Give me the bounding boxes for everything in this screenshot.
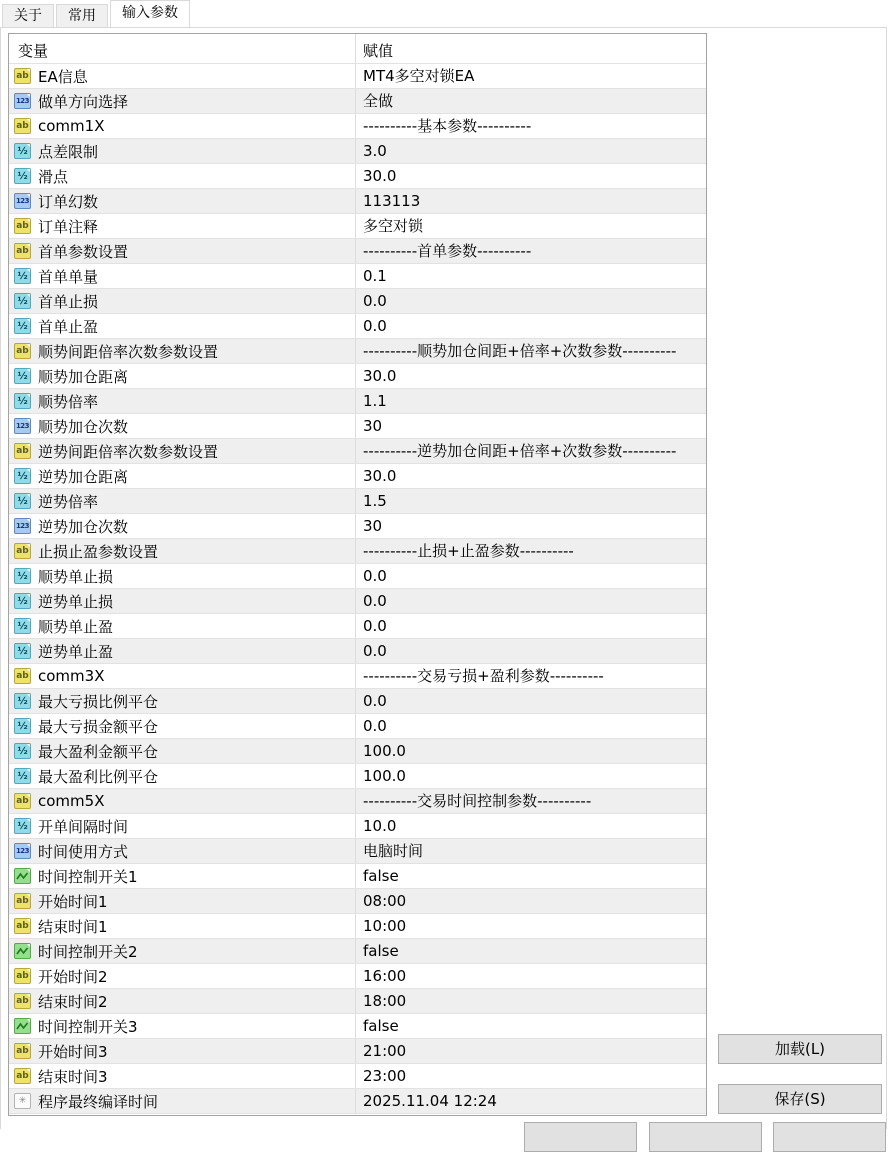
param-value[interactable]: 0.0 xyxy=(356,289,706,313)
param-name-cell: 123逆势加仓次数 xyxy=(9,514,356,538)
tab-input-parameters[interactable]: 输入参数 xyxy=(110,0,190,27)
param-name-cell: ½滑点 xyxy=(9,164,356,188)
param-name: comm1X xyxy=(38,117,104,135)
string-icon: ab xyxy=(14,1068,31,1084)
param-value[interactable]: 10:00 xyxy=(356,914,706,938)
param-value[interactable]: 08:00 xyxy=(356,889,706,913)
param-name: 首单止损 xyxy=(38,291,98,312)
string-icon: ab xyxy=(14,68,31,84)
param-name-cell: abEA信息 xyxy=(9,64,356,88)
param-row[interactable]: abEA信息MT4多空对锁EA xyxy=(9,64,706,89)
param-rows: abEA信息MT4多空对锁EA123做单方向选择全做abcomm1X------… xyxy=(9,64,706,1114)
double-icon: ½ xyxy=(14,293,31,309)
param-row[interactable]: 123做单方向选择全做 xyxy=(9,89,706,114)
param-row[interactable]: ½逆势单止损0.0 xyxy=(9,589,706,614)
param-name-cell: ½顺势单止盈 xyxy=(9,614,356,638)
double-icon: ½ xyxy=(14,368,31,384)
double-icon: ½ xyxy=(14,743,31,759)
param-name: 顺势间距倍率次数参数设置 xyxy=(38,341,218,362)
param-name: 顺势加仓次数 xyxy=(38,416,128,437)
double-icon: ½ xyxy=(14,493,31,509)
param-name: 订单幻数 xyxy=(38,191,98,212)
param-name: 最大盈利比例平仓 xyxy=(38,766,158,787)
param-name-cell: 123做单方向选择 xyxy=(9,89,356,113)
param-name: 程序最终编译时间 xyxy=(38,1091,158,1112)
param-name-cell: 时间控制开关1 xyxy=(9,864,356,888)
param-name: 首单止盈 xyxy=(38,316,98,337)
param-name: 结束时间1 xyxy=(38,916,108,937)
param-name-cell: ab开始时间1 xyxy=(9,889,356,913)
param-value[interactable]: 30 xyxy=(356,414,706,438)
double-icon: ½ xyxy=(14,393,31,409)
double-icon: ½ xyxy=(14,618,31,634)
integer-icon: 123 xyxy=(14,93,31,109)
param-name-cell: 123时间使用方式 xyxy=(9,839,356,863)
param-name-cell: ab开始时间3 xyxy=(9,1039,356,1063)
param-value[interactable]: 18:00 xyxy=(356,989,706,1013)
param-row[interactable]: ½逆势倍率1.5 xyxy=(9,489,706,514)
param-name: 开单间隔时间 xyxy=(38,816,128,837)
integer-icon: 123 xyxy=(14,193,31,209)
param-name: 最大亏损比例平仓 xyxy=(38,691,158,712)
tab-common[interactable]: 常用 xyxy=(56,4,108,27)
param-row[interactable]: ½顺势单止盈0.0 xyxy=(9,614,706,639)
double-icon: ½ xyxy=(14,718,31,734)
param-name-cell: ½最大亏损金额平仓 xyxy=(9,714,356,738)
param-value[interactable]: 0.0 xyxy=(356,639,706,663)
double-icon: ½ xyxy=(14,568,31,584)
boolean-icon xyxy=(14,1018,31,1034)
param-name-cell: ab结束时间2 xyxy=(9,989,356,1013)
param-row[interactable]: ab开始时间108:00 xyxy=(9,889,706,914)
param-name-cell: ½最大亏损比例平仓 xyxy=(9,689,356,713)
param-value[interactable]: 30.0 xyxy=(356,164,706,188)
param-row[interactable]: abcomm3X----------交易亏损+盈利参数---------- xyxy=(9,664,706,689)
param-row[interactable]: ½开单间隔时间10.0 xyxy=(9,814,706,839)
param-value[interactable]: 0.1 xyxy=(356,264,706,288)
param-name-cell: ab开始时间2 xyxy=(9,964,356,988)
double-icon: ½ xyxy=(14,818,31,834)
string-icon: ab xyxy=(14,793,31,809)
double-icon: ½ xyxy=(14,318,31,334)
param-row[interactable]: ½顺势加仓距离30.0 xyxy=(9,364,706,389)
save-button[interactable]: 保存(S) xyxy=(718,1084,882,1114)
param-row[interactable]: ½滑点30.0 xyxy=(9,164,706,189)
param-value[interactable]: ----------交易亏损+盈利参数---------- xyxy=(356,664,706,688)
param-row[interactable]: ab订单注释多空对锁 xyxy=(9,214,706,239)
param-name-cell: ½开单间隔时间 xyxy=(9,814,356,838)
param-name-cell: ½顺势单止损 xyxy=(9,564,356,588)
param-name-cell: ½最大盈利比例平仓 xyxy=(9,764,356,788)
param-name-cell: ab首单参数设置 xyxy=(9,239,356,263)
param-value[interactable]: ----------顺势加仓间距+倍率+次数参数---------- xyxy=(356,339,706,363)
partial-button-3[interactable] xyxy=(773,1122,886,1129)
param-value[interactable]: 0.0 xyxy=(356,614,706,638)
param-value[interactable]: 1.1 xyxy=(356,389,706,413)
param-name: 滑点 xyxy=(38,166,68,187)
param-name-cell: abcomm5X xyxy=(9,789,356,813)
double-icon: ½ xyxy=(14,593,31,609)
param-value[interactable]: 1.5 xyxy=(356,489,706,513)
param-row[interactable]: ½最大盈利比例平仓100.0 xyxy=(9,764,706,789)
param-name: 逆势单止盈 xyxy=(38,641,113,662)
string-icon: ab xyxy=(14,918,31,934)
double-icon: ½ xyxy=(14,693,31,709)
param-name-cell: ½首单止盈 xyxy=(9,314,356,338)
string-icon: ab xyxy=(14,993,31,1009)
param-row[interactable]: 时间控制开关2false xyxy=(9,939,706,964)
param-row[interactable]: ab逆势间距倍率次数参数设置----------逆势加仓间距+倍率+次数参数--… xyxy=(9,439,706,464)
param-row[interactable]: ½最大亏损比例平仓0.0 xyxy=(9,689,706,714)
param-name-cell: ½首单单量 xyxy=(9,264,356,288)
string-icon: ab xyxy=(14,668,31,684)
param-row[interactable]: 123逆势加仓次数30 xyxy=(9,514,706,539)
string-icon: ab xyxy=(14,1043,31,1059)
column-header-variable[interactable]: 变量 xyxy=(9,34,356,63)
param-name: 时间控制开关3 xyxy=(38,1016,138,1037)
param-name: 结束时间2 xyxy=(38,991,108,1012)
partial-button-2[interactable] xyxy=(649,1122,762,1129)
parameters-table: 变量 赋值 abEA信息MT4多空对锁EA123做单方向选择全做abcomm1X… xyxy=(8,33,707,1116)
param-name-cell: ½逆势加仓距离 xyxy=(9,464,356,488)
param-name-cell: 时间控制开关2 xyxy=(9,939,356,963)
double-icon: ½ xyxy=(14,268,31,284)
param-name: 逆势单止损 xyxy=(38,591,113,612)
param-name-cell: ½最大盈利金额平仓 xyxy=(9,739,356,763)
param-value[interactable]: ----------基本参数---------- xyxy=(356,114,706,138)
param-value[interactable]: 0.0 xyxy=(356,689,706,713)
string-icon: ab xyxy=(14,243,31,259)
string-icon: ab xyxy=(14,968,31,984)
param-name: 逆势间距倍率次数参数设置 xyxy=(38,441,218,462)
table-header: 变量 赋值 xyxy=(9,34,706,64)
boolean-icon xyxy=(14,868,31,884)
double-icon: ½ xyxy=(14,768,31,784)
param-name: comm3X xyxy=(38,667,104,685)
param-row[interactable]: ab结束时间323:00 xyxy=(9,1064,706,1089)
param-name-cell: 123订单幻数 xyxy=(9,189,356,213)
param-name: 最大亏损金额平仓 xyxy=(38,716,158,737)
param-row[interactable]: ab结束时间218:00 xyxy=(9,989,706,1014)
param-value[interactable]: ----------止损+止盈参数---------- xyxy=(356,539,706,563)
param-name: 时间使用方式 xyxy=(38,841,128,862)
param-value[interactable]: ----------首单参数---------- xyxy=(356,239,706,263)
param-name-cell: ½顺势倍率 xyxy=(9,389,356,413)
double-icon: ½ xyxy=(14,168,31,184)
string-icon: ab xyxy=(14,343,31,359)
param-name: 时间控制开关1 xyxy=(38,866,138,887)
param-name-cell: ab结束时间1 xyxy=(9,914,356,938)
param-value[interactable]: 电脑时间 xyxy=(356,839,706,863)
param-row[interactable]: ½顺势倍率1.1 xyxy=(9,389,706,414)
param-row[interactable]: ½最大盈利金额平仓100.0 xyxy=(9,739,706,764)
param-row[interactable]: 123时间使用方式电脑时间 xyxy=(9,839,706,864)
param-name-cell: ½逆势单止损 xyxy=(9,589,356,613)
param-name: 首单单量 xyxy=(38,266,98,287)
string-icon: ab xyxy=(14,893,31,909)
param-name-cell: ½首单止损 xyxy=(9,289,356,313)
double-icon: ½ xyxy=(14,143,31,159)
string-icon: ab xyxy=(14,118,31,134)
param-row[interactable]: 123顺势加仓次数30 xyxy=(9,414,706,439)
param-name: 顺势单止盈 xyxy=(38,616,113,637)
param-name: 逆势加仓距离 xyxy=(38,466,128,487)
param-value[interactable]: 113113 xyxy=(356,189,706,213)
param-name-cell: 时间控制开关3 xyxy=(9,1014,356,1038)
param-row[interactable]: ab结束时间110:00 xyxy=(9,914,706,939)
param-value[interactable]: 0.0 xyxy=(356,314,706,338)
param-value[interactable]: ----------交易时间控制参数---------- xyxy=(356,789,706,813)
param-name: 开始时间2 xyxy=(38,966,108,987)
tab-about[interactable]: 关于 xyxy=(2,4,54,27)
double-icon: ½ xyxy=(14,468,31,484)
param-row[interactable]: ½逆势单止盈0.0 xyxy=(9,639,706,664)
param-name-cell: ½逆势单止盈 xyxy=(9,639,356,663)
param-row[interactable]: abcomm1X----------基本参数---------- xyxy=(9,114,706,139)
param-value[interactable]: MT4多空对锁EA xyxy=(356,64,706,88)
string-icon: ab xyxy=(14,443,31,459)
param-name-cell: ab订单注释 xyxy=(9,214,356,238)
param-row[interactable]: 时间控制开关1false xyxy=(9,864,706,889)
param-value[interactable]: 100.0 xyxy=(356,764,706,788)
param-row[interactable]: ab顺势间距倍率次数参数设置----------顺势加仓间距+倍率+次数参数--… xyxy=(9,339,706,364)
param-name-cell: abcomm3X xyxy=(9,664,356,688)
param-name-cell: ab结束时间3 xyxy=(9,1064,356,1088)
param-name: 逆势加仓次数 xyxy=(38,516,128,537)
param-row[interactable]: 123订单幻数113113 xyxy=(9,189,706,214)
param-row[interactable]: ½首单止损0.0 xyxy=(9,289,706,314)
param-row[interactable]: ✳程序最终编译时间2025.11.04 12:24 xyxy=(9,1089,706,1114)
param-name: 做单方向选择 xyxy=(38,91,128,112)
param-name: 最大盈利金额平仓 xyxy=(38,741,158,762)
param-name-cell: ½逆势倍率 xyxy=(9,489,356,513)
param-name: 开始时间1 xyxy=(38,891,108,912)
param-name: 顺势单止损 xyxy=(38,566,113,587)
param-name-cell: ab逆势间距倍率次数参数设置 xyxy=(9,439,356,463)
param-name: 订单注释 xyxy=(38,216,98,237)
param-value[interactable]: 30.0 xyxy=(356,364,706,388)
param-name: 逆势倍率 xyxy=(38,491,98,512)
param-name: comm5X xyxy=(38,792,104,810)
param-row[interactable]: ab止损止盈参数设置----------止损+止盈参数---------- xyxy=(9,539,706,564)
integer-icon: 123 xyxy=(14,518,31,534)
column-header-value[interactable]: 赋值 xyxy=(356,34,706,63)
param-name: 顺势加仓距离 xyxy=(38,366,128,387)
param-name: 时间控制开关2 xyxy=(38,941,138,962)
param-value[interactable]: false xyxy=(356,864,706,888)
param-value[interactable]: 多空对锁 xyxy=(356,214,706,238)
param-row[interactable]: ab开始时间216:00 xyxy=(9,964,706,989)
param-name: 顺势倍率 xyxy=(38,391,98,412)
load-button[interactable]: 加载(L) xyxy=(718,1034,882,1064)
param-row[interactable]: ½首单单量0.1 xyxy=(9,264,706,289)
param-value[interactable]: false xyxy=(356,1014,706,1038)
param-name: 开始时间3 xyxy=(38,1041,108,1062)
param-row[interactable]: abcomm5X----------交易时间控制参数---------- xyxy=(9,789,706,814)
param-name-cell: ✳程序最终编译时间 xyxy=(9,1089,356,1113)
param-name: EA信息 xyxy=(38,66,88,87)
param-name-cell: abcomm1X xyxy=(9,114,356,138)
param-value[interactable]: 100.0 xyxy=(356,739,706,763)
param-name: 首单参数设置 xyxy=(38,241,128,262)
param-value[interactable]: 16:00 xyxy=(356,964,706,988)
string-icon: ab xyxy=(14,543,31,559)
param-name-cell: ab顺势间距倍率次数参数设置 xyxy=(9,339,356,363)
param-row[interactable]: ½逆势加仓距离30.0 xyxy=(9,464,706,489)
partial-button-1[interactable] xyxy=(524,1122,637,1129)
param-row[interactable]: ½顺势单止损0.0 xyxy=(9,564,706,589)
param-value[interactable]: 0.0 xyxy=(356,564,706,588)
param-value[interactable]: 0.0 xyxy=(356,589,706,613)
param-name: 止损止盈参数设置 xyxy=(38,541,158,562)
param-name-cell: ½顺势加仓距离 xyxy=(9,364,356,388)
tab-bar: 关于 常用 输入参数 xyxy=(0,0,888,27)
param-value[interactable]: false xyxy=(356,939,706,963)
param-row[interactable]: ab开始时间321:00 xyxy=(9,1039,706,1064)
param-value[interactable]: 30.0 xyxy=(356,464,706,488)
string-icon: ab xyxy=(14,218,31,234)
param-value[interactable]: 21:00 xyxy=(356,1039,706,1063)
datetime-icon: ✳ xyxy=(14,1093,31,1109)
param-value[interactable]: 30 xyxy=(356,514,706,538)
boolean-icon xyxy=(14,943,31,959)
param-row[interactable]: ½最大亏损金额平仓0.0 xyxy=(9,714,706,739)
param-value[interactable]: 0.0 xyxy=(356,714,706,738)
param-row[interactable]: ½点差限制3.0 xyxy=(9,139,706,164)
integer-icon: 123 xyxy=(14,843,31,859)
param-value[interactable]: 10.0 xyxy=(356,814,706,838)
param-value[interactable]: 23:00 xyxy=(356,1064,706,1088)
double-icon: ½ xyxy=(14,643,31,659)
param-name: 点差限制 xyxy=(38,141,98,162)
param-value[interactable]: 3.0 xyxy=(356,139,706,163)
param-row[interactable]: ½首单止盈0.0 xyxy=(9,314,706,339)
param-name-cell: ab止损止盈参数设置 xyxy=(9,539,356,563)
param-value[interactable]: 全做 xyxy=(356,89,706,113)
param-row[interactable]: 时间控制开关3false xyxy=(9,1014,706,1039)
param-name: 结束时间3 xyxy=(38,1066,108,1087)
param-name-cell: 123顺势加仓次数 xyxy=(9,414,356,438)
param-row[interactable]: ab首单参数设置----------首单参数---------- xyxy=(9,239,706,264)
param-value[interactable]: ----------逆势加仓间距+倍率+次数参数---------- xyxy=(356,439,706,463)
param-value[interactable]: 2025.11.04 12:24 xyxy=(356,1089,706,1113)
integer-icon: 123 xyxy=(14,418,31,434)
param-name-cell: ½点差限制 xyxy=(9,139,356,163)
